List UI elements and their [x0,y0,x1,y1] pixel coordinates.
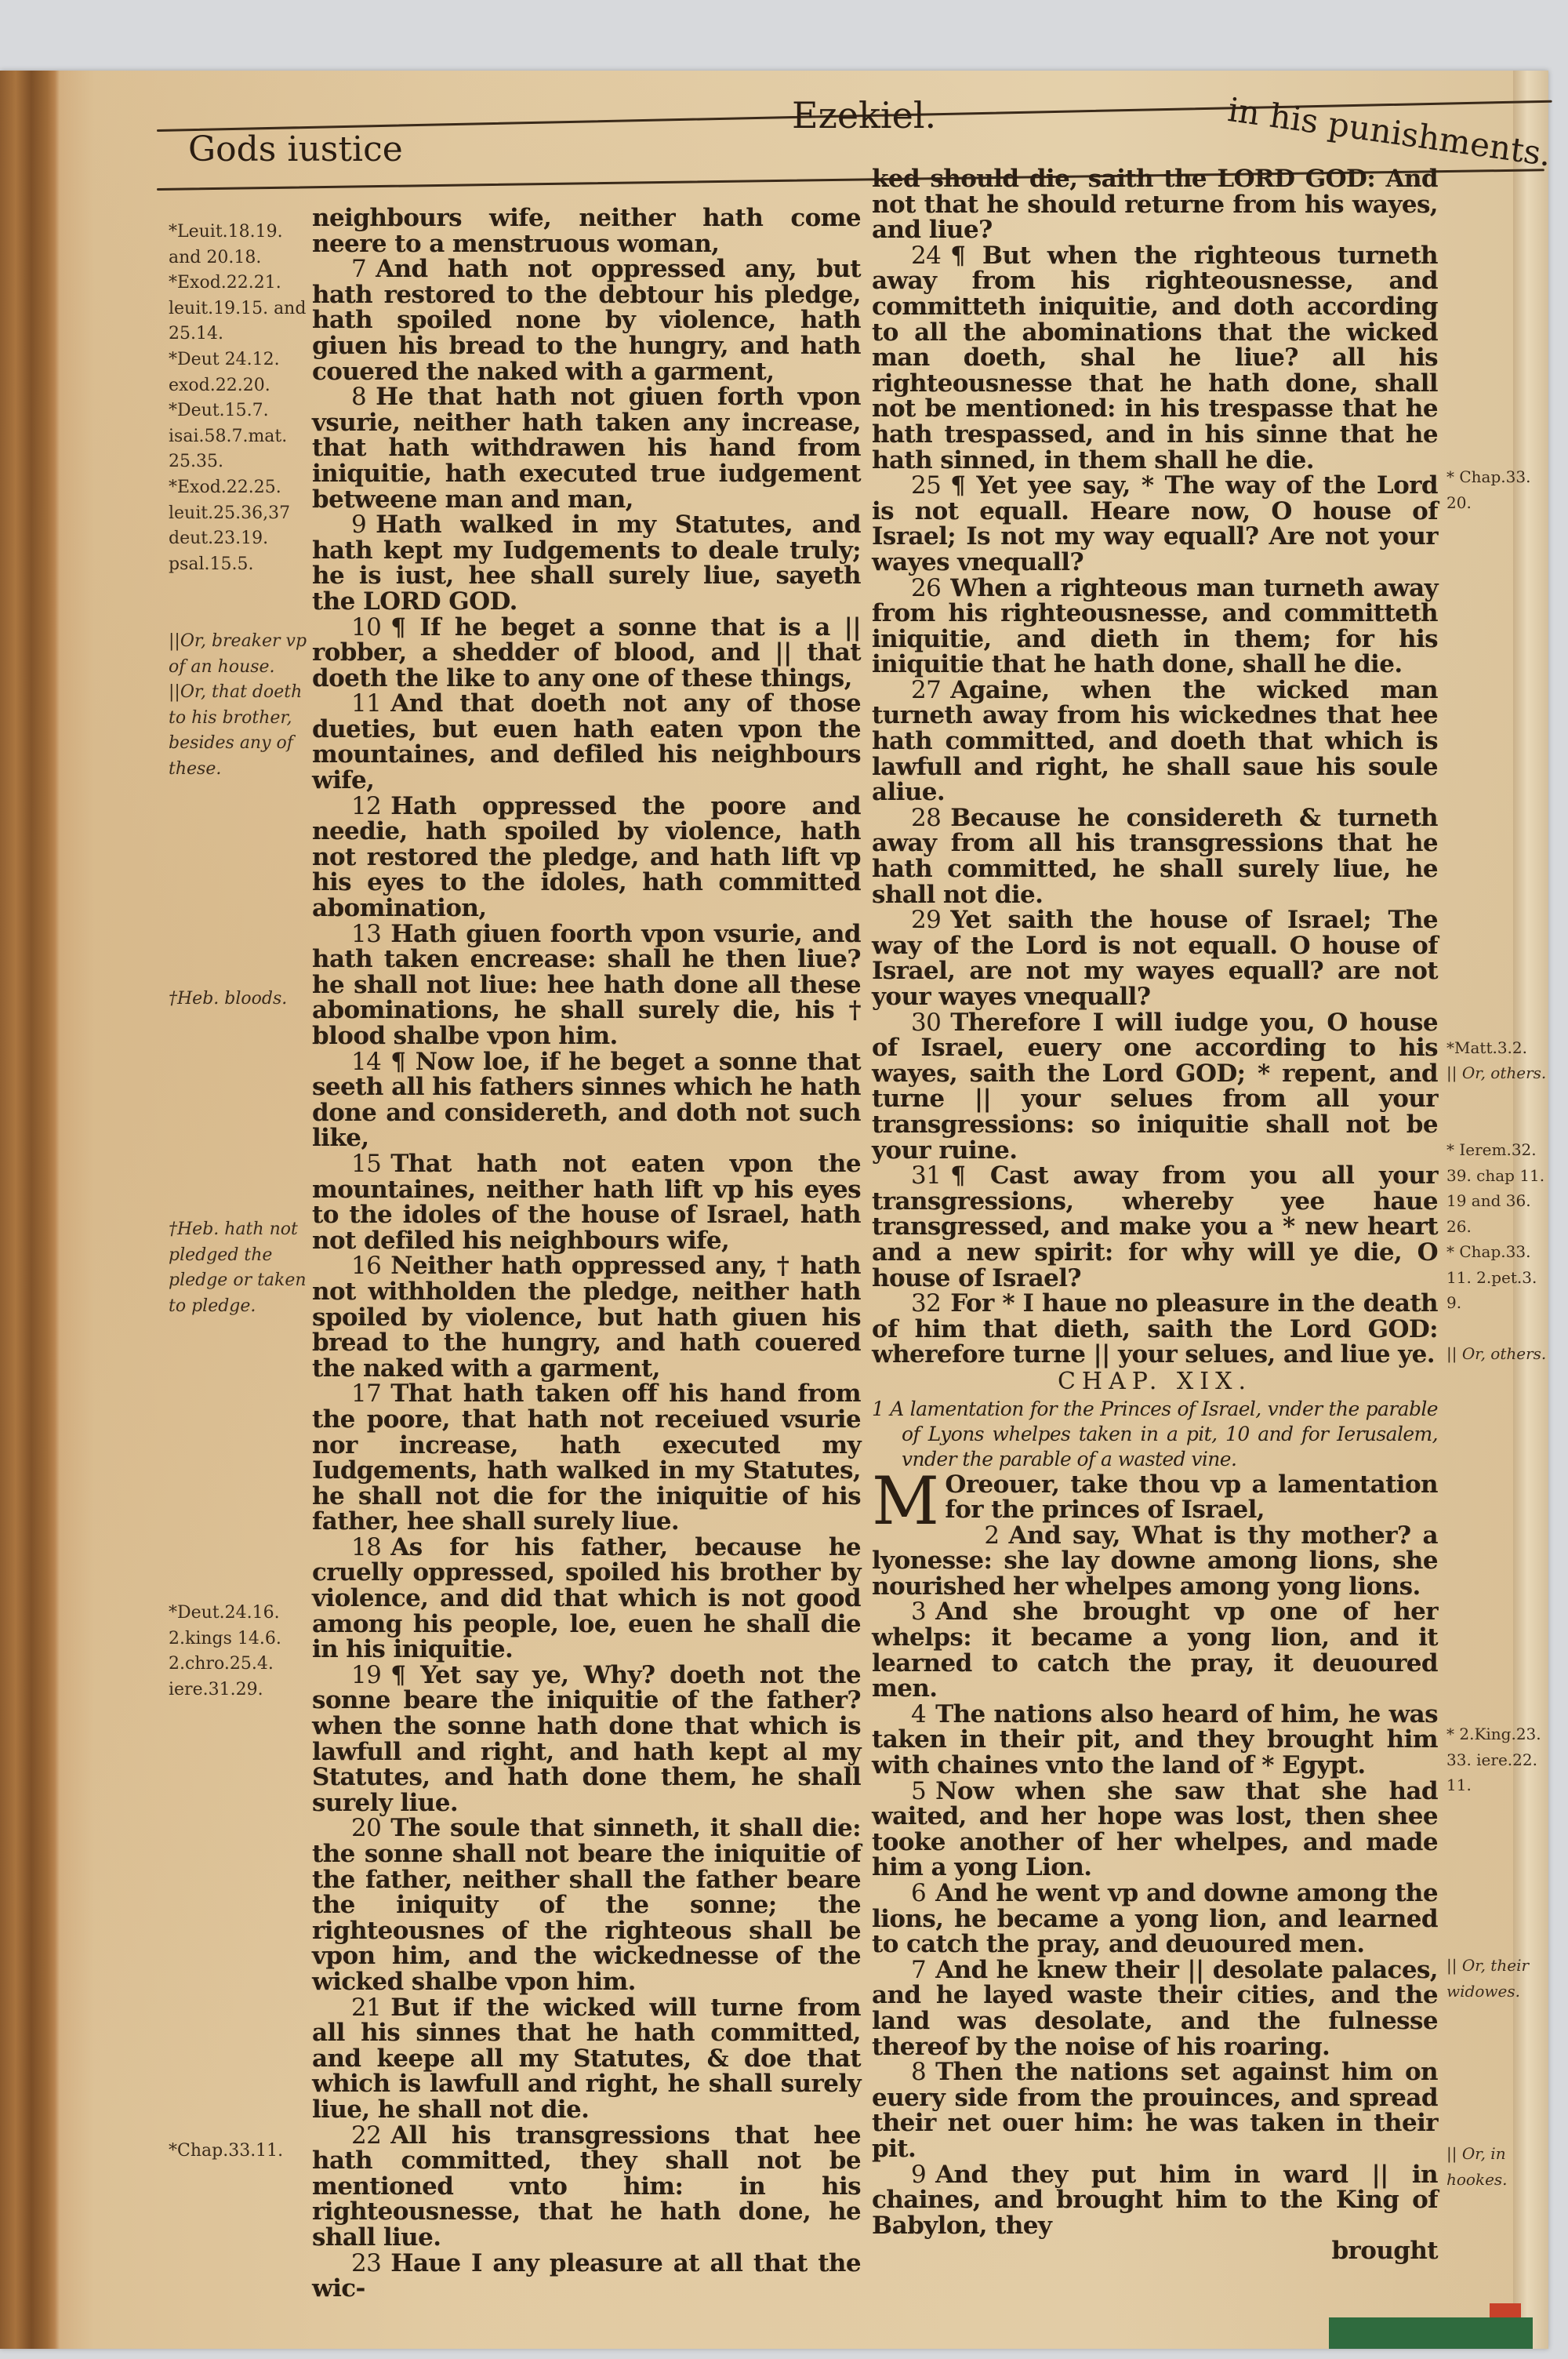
verse-number: 23 [351,2249,381,2277]
verse-number: 7 [351,255,366,283]
verse-number: 18 [351,1533,381,1561]
marginal-note: *Exod.22.25. leuit.25.36,37 deut.23.19. … [169,475,310,577]
verse-number: 26 [911,574,941,602]
ribbon-marker [1490,2303,1521,2317]
verse-text: When a righteous man turneth away from h… [872,574,1438,679]
verse-number: 29 [911,906,941,934]
verse: 13Hath giuen foorth vpon vsurie, and hat… [312,921,861,1049]
marginal-note: ||Or, that doeth to his brother, besides… [169,680,310,782]
right-text-column: ked should die, saith the LORD GOD: And … [872,166,1438,2264]
verse-number: 30 [911,1009,941,1037]
verse: 23Haue I any pleasure at all that the wi… [312,2251,861,2302]
verse: 2And say, What is thy mother? a lyonesse… [872,1523,1438,1600]
verse-text: Hath oppressed the poore and needie, hat… [312,792,861,922]
verse-text: ¶ Yet yee say, * The way of the Lord is … [872,471,1438,576]
verse-number: 10 [351,613,381,642]
verse-number: 16 [351,1252,381,1280]
marginal-note: *Leuit.18.19. and 20.18. [169,220,310,271]
verses-chapter-18: ked should die, saith the LORD GOD: And … [872,166,1438,1368]
verse-number: 15 [351,1150,381,1178]
verse: 15That hath not eaten vpon the mountaine… [312,1151,861,1253]
verse-text: Then the nations set against him on euer… [872,2058,1438,2163]
verse-number: 8 [351,383,366,411]
verse-text: ked should die, saith the LORD GOD: And … [872,165,1438,244]
verse: 30Therefore I will iudge you, O house of… [872,1010,1438,1164]
verse-text: Neither hath oppressed any, † hath not w… [312,1252,861,1382]
verse: 8Then the nations set against him on eue… [872,2059,1438,2161]
verse-number: 9 [911,2161,926,2189]
verse: 17That hath taken off his hand from the … [312,1381,861,1535]
verse: 14¶ Now loe, if he beget a sonne that se… [312,1049,861,1151]
marginal-note: || Or, others. [1446,1341,1548,1367]
verse-text: And say, What is thy mother? a lyonesse:… [872,1521,1438,1601]
verse-number: 9 [351,511,366,539]
verse-text: And hath not oppressed any, but hath res… [312,255,861,385]
verse-text: ¶ Cast away from you all your transgress… [872,1161,1438,1292]
verse-number: 24 [911,242,941,270]
verse-text: All his transgressions that hee hath com… [312,2121,861,2252]
verse: 29Yet saith the house of Israel; The way… [872,907,1438,1009]
verse-text: Againe, when the wicked man turneth away… [872,676,1438,806]
running-head-left: Gods iustice [188,129,403,169]
marginal-note: || Or, in hookes. [1446,2141,1548,2192]
verse-text: Hath giuen foorth vpon vsurie, and hath … [312,920,861,1050]
marginal-note: || Or, others. [1446,1060,1548,1086]
verse: 9And they put him in ward || in chaines,… [872,2162,1438,2239]
verse: 20The soule that sinneth, it shall die: … [312,1816,861,1994]
marginal-note: * 2.King.23. 33. iere.22. 11. [1446,1721,1548,1798]
marginal-note: *Deut.24.16. 2.kings 14.6. 2.chro.25.4. … [169,1601,310,1703]
verse: 7And he knew their || desolate palaces, … [872,1957,1438,2059]
verse: 31¶ Cast away from you all your transgre… [872,1163,1438,1291]
verse: 25¶ Yet yee say, * The way of the Lord i… [872,473,1438,575]
verse-text: For * I haue no pleasure in the death of… [872,1289,1438,1369]
verse: 8He that hath not giuen forth vpon vsuri… [312,384,861,512]
verse: 7And hath not oppressed any, but hath re… [312,256,861,384]
verse-number: 6 [911,1879,926,1907]
verse-text: neighbours wife, neither hath come neere… [312,204,861,258]
verse-number: 28 [911,804,941,832]
verse-text: Oreouer, take thou vp a lamentation for … [945,1470,1438,1525]
marginal-note: || Or, their widowes. [1446,1953,1548,2004]
verse-number: 17 [351,1379,381,1408]
verse-number: 31 [911,1161,941,1190]
chapter-summary: 1 A lamentation for the Princes of Israe… [872,1397,1438,1472]
marginal-note: *Exod.22.21. leuit.19.15. and 25.14. [169,271,310,347]
marginal-note: * Ierem.32. 39. chap 11. 19 and 36. 26. [1446,1137,1548,1239]
verse-number: 13 [351,920,381,948]
catchword: brought [872,2238,1438,2264]
marginal-note: * Chap.33. 20. [1446,464,1548,515]
verse: 19¶ Yet say ye, Why? doeth not the sonne… [312,1663,861,1816]
marginal-note: *Matt.3.2. [1446,1035,1548,1061]
verse-number: 20 [351,1814,381,1842]
verse-text: He that hath not giuen forth vpon vsurie… [312,383,861,513]
verse: 9Hath walked in my Statutes, and hath ke… [312,512,861,614]
chapter-heading: CHAP. XIX. [872,1369,1438,1395]
verse-text: Yet saith the house of Israel; The way o… [872,906,1438,1011]
verse: 11And that doeth not any of those duetie… [312,691,861,793]
verse-text: And she brought vp one of her whelps: it… [872,1598,1438,1703]
verse-text: Hath walked in my Statutes, and hath kep… [312,511,861,616]
marginal-note: †Heb. bloods. [169,987,310,1012]
verse-number: 5 [911,1777,926,1805]
verse-text: ¶ If he beget a sonne that is a || robbe… [312,613,861,692]
verse: 16Neither hath oppressed any, † hath not… [312,1253,861,1381]
verse: ked should die, saith the LORD GOD: And … [872,166,1438,243]
verse: neighbours wife, neither hath come neere… [312,205,861,256]
verse: 27Againe, when the wicked man turneth aw… [872,678,1438,805]
verse-number: 14 [351,1048,381,1076]
drop-cap-initial: M [872,1475,938,1527]
verse-text: Therefore I will iudge you, O house of I… [872,1009,1438,1165]
verse: 12Hath oppressed the poore and needie, h… [312,794,861,921]
verse-text: As for his father, because he cruelly op… [312,1533,861,1663]
verse: 18As for his father, because he cruelly … [312,1535,861,1663]
verse-number: 19 [351,1661,381,1689]
verse-text: Haue I any pleasure at all that the wic- [312,2249,861,2303]
verse-number: 25 [911,471,941,500]
verse: 28Because he considereth & turneth away … [872,805,1438,907]
verse-text: And that doeth not any of those dueties,… [312,689,861,794]
verse: 6And he went vp and downe among the lion… [872,1881,1438,1957]
verse-number: 27 [911,676,941,704]
verse: 10¶ If he beget a sonne that is a || rob… [312,615,861,692]
verse-number: 12 [351,792,381,820]
verses-chapter-19: M Oreouer, take thou vp a lamentation fo… [872,1472,1438,2239]
marginal-note: ||Or, breaker vp of an house. [169,629,310,680]
verse-number: 11 [351,689,381,718]
marginal-note: * Chap.33. 11. 2.pet.3. 9. [1446,1239,1548,1316]
left-text-column: neighbours wife, neither hath come neere… [312,205,861,2302]
verse-number: 22 [351,2121,381,2150]
verse-number: 32 [911,1289,941,1318]
verse: 32For * I haue no pleasure in the death … [872,1291,1438,1368]
verse-text: And he went vp and downe among the lions… [872,1879,1438,1958]
verse-text: And he knew their || desolate palaces, a… [872,1956,1438,2061]
marginal-note: *Deut 24.12. exod.22.20. [169,347,310,398]
marginal-note: *Deut.15.7. isai.58.7.mat. 25.35. [169,398,310,475]
running-head-title: Ezekiel. [792,94,936,136]
verse: 21But if the wicked will turne from all … [312,1995,861,2123]
verse-text: Because he considereth & turneth away fr… [872,804,1438,909]
verse-number: 2 [984,1521,999,1550]
verse-number: 3 [911,1598,926,1626]
verse: Oreouer, take thou vp a lamentation for … [872,1472,1438,1523]
verse-number: 4 [911,1700,926,1728]
verse-text: That hath taken off his hand from the po… [312,1379,861,1536]
verse: 22All his transgressions that hee hath c… [312,2123,861,2251]
verse: 4The nations also heard of him, he was t… [872,1702,1438,1779]
verse: 5Now when she saw that she had waited, a… [872,1779,1438,1881]
verse-text: And they put him in ward || in chaines, … [872,2161,1438,2240]
verse: 26When a righteous man turneth away from… [872,576,1438,678]
verse: 3And she brought vp one of her whelps: i… [872,1599,1438,1701]
marginal-note: *Chap.33.11. [169,2139,310,2165]
verse-text: The soule that sinneth, it shall die: th… [312,1814,861,1996]
verse-number: 8 [911,2058,926,2086]
verse-number: 21 [351,1994,381,2022]
verse-text: ¶ Now loe, if he beget a sonne that seet… [312,1048,861,1153]
verse-number: 7 [911,1956,926,1984]
verse-text: But if the wicked will turne from all hi… [312,1994,861,2124]
verse-text: That hath not eaten vpon the mountaines,… [312,1150,861,1255]
verse-text: The nations also heard of him, he was ta… [872,1700,1438,1779]
marginal-note: †Heb. hath not pledged the pledge or tak… [169,1217,310,1319]
verse: 24¶ But when the righteous turneth away … [872,243,1438,473]
verse-text: ¶ Yet say ye, Why? doeth not the sonne b… [312,1661,861,1817]
verse-text: Now when she saw that she had waited, an… [872,1777,1438,1882]
binding-cloth [1329,2317,1533,2349]
verse-text: ¶ But when the righteous turneth away fr… [872,242,1438,474]
